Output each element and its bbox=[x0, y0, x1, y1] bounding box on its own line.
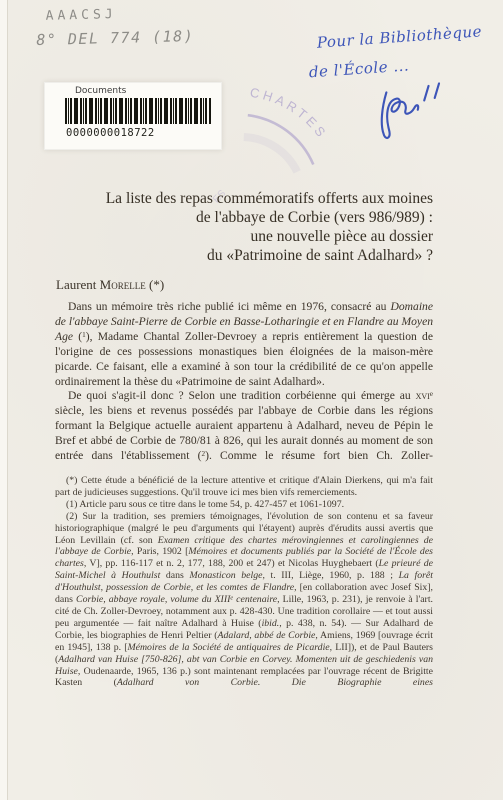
author-line: Laurent Morelle (*) bbox=[56, 277, 164, 293]
article-title: La liste des repas commémoratifs offerts… bbox=[55, 189, 433, 265]
barcode-number: 0000000018722 bbox=[66, 127, 155, 139]
article-body: Dans un mémoire très riche publié ici mê… bbox=[55, 300, 433, 464]
title-line-4: du «Patrimoine de saint Adalhard» ? bbox=[55, 246, 433, 265]
shelfmark-note: AAACSJ 8° DEL 774 (18) bbox=[36, 5, 195, 49]
body-paragraph-2: De quoi s'agit-il donc ? Selon une tradi… bbox=[55, 389, 433, 464]
footnote-star: (*) Cette étude a bénéficié de la lectur… bbox=[55, 475, 433, 499]
shelfmark-line-2: 8° DEL 774 (18) bbox=[36, 27, 194, 49]
stamp-smudge-arc bbox=[244, 130, 297, 178]
footnote-1: (1) Article paru sous ce titre dans le t… bbox=[55, 499, 433, 511]
dedication-note: Pour la Bibliothèque de l'École ... bbox=[302, 22, 499, 148]
title-line-3: une nouvelle pièce au dossier bbox=[55, 227, 433, 246]
title-line-2: de l'abbaye de Corbie (vers 986/989) : bbox=[55, 208, 433, 227]
footnotes-block: (*) Cette étude a bénéficié de la lectur… bbox=[55, 475, 433, 689]
signature-scribble bbox=[358, 75, 462, 144]
dedication-line-2: de l'École ... bbox=[308, 50, 495, 81]
body-paragraph-1: Dans un mémoire très riche publié ici mê… bbox=[55, 300, 433, 389]
dedication-line-1: Pour la Bibliothèque bbox=[316, 22, 493, 52]
barcode bbox=[65, 98, 211, 124]
title-line-1: La liste des repas commémoratifs offerts… bbox=[55, 189, 433, 208]
footnote-2: (2) Sur la tradition, ses premiers témoi… bbox=[55, 511, 433, 690]
shelfmark-line-1: AAACSJ bbox=[46, 5, 194, 24]
sticker-label: Documents bbox=[75, 86, 126, 96]
page-edge bbox=[0, 0, 8, 800]
